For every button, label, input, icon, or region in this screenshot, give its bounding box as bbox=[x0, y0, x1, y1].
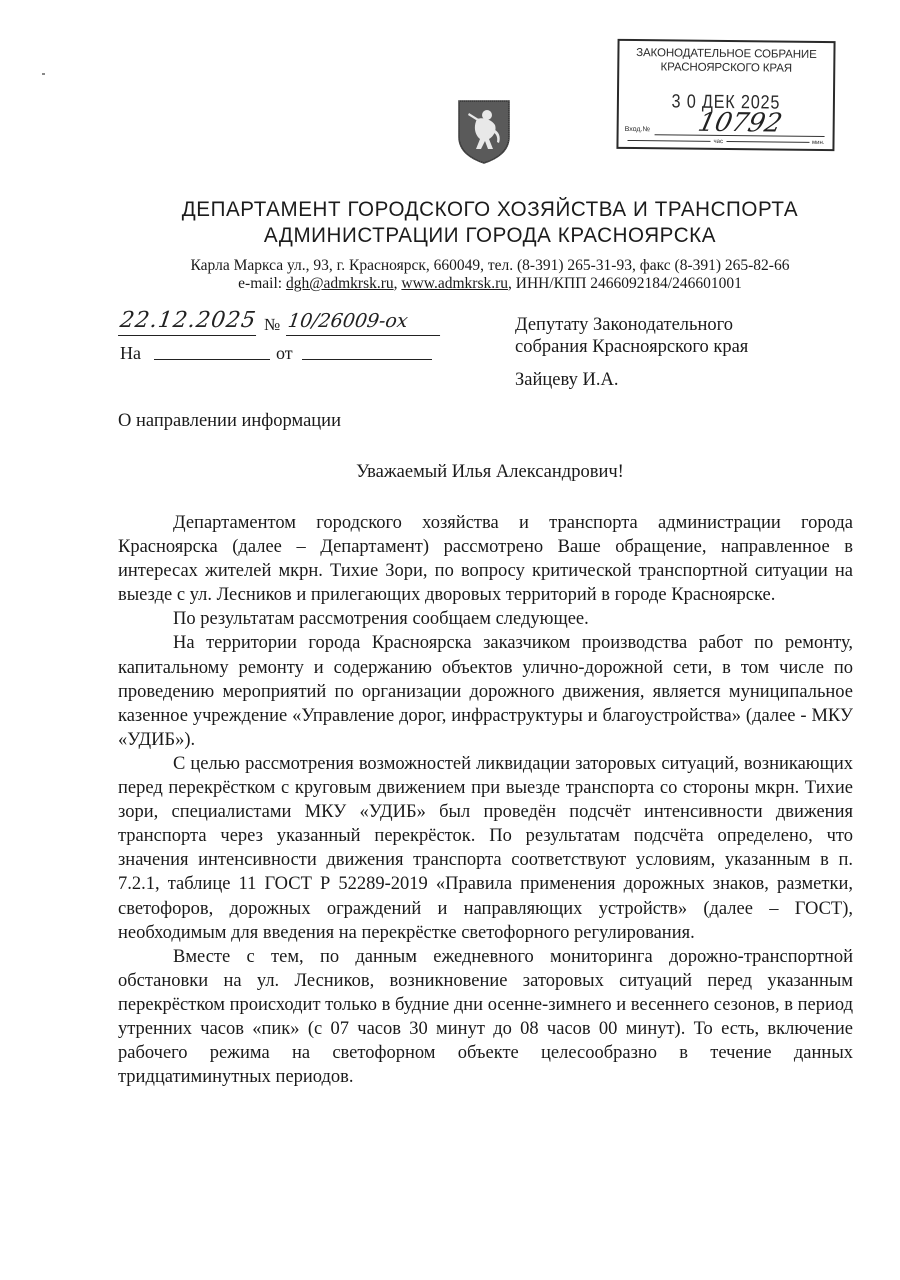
address-line: Карла Маркса ул., 93, г. Красноярск, 660… bbox=[0, 257, 900, 275]
stamp-org-line1: ЗАКОНОДАТЕЛЬНОЕ СОБРАНИЕ bbox=[619, 46, 833, 62]
stamp-incoming-number: 10792 bbox=[695, 108, 784, 139]
coat-of-arms-icon bbox=[455, 97, 513, 165]
body-paragraph: С целью рассмотрения возможностей ликвид… bbox=[118, 752, 853, 945]
reference-date-blank bbox=[302, 359, 432, 360]
addressee-name: Зайцеву И.А. bbox=[515, 370, 618, 391]
stamp-org-line2: КРАСНОЯРСКОГО КРАЯ bbox=[619, 60, 833, 76]
letter-subject: О направлении информации bbox=[118, 411, 341, 432]
addressee-position: Депутату Законодательного собрания Красн… bbox=[515, 314, 748, 358]
from-label: от bbox=[276, 343, 293, 364]
stamp-incoming-label: Вход.№ bbox=[625, 126, 650, 133]
stamp-minutes-label: мин. bbox=[812, 140, 825, 146]
inn-kpp: , ИНН/КПП 2466092184/246601001 bbox=[508, 275, 742, 292]
incoming-stamp: ЗАКОНОДАТЕЛЬНОЕ СОБРАНИЕ КРАСНОЯРСКОГО К… bbox=[616, 39, 835, 151]
body-paragraph: Вместе с тем, по данным ежедневного мони… bbox=[118, 945, 853, 1090]
on-label: На bbox=[120, 343, 141, 364]
department-contacts: Карла Маркса ул., 93, г. Красноярск, 660… bbox=[0, 257, 900, 293]
stamp-organization: ЗАКОНОДАТЕЛЬНОЕ СОБРАНИЕ КРАСНОЯРСКОГО К… bbox=[619, 46, 833, 76]
email-web-line: e-mail: dgh@admkrsk.ru, www.admkrsk.ru, … bbox=[0, 275, 900, 293]
scan-speck bbox=[42, 73, 45, 75]
stamp-line bbox=[628, 138, 711, 142]
outgoing-number: 10/26009-ох bbox=[286, 307, 444, 336]
salutation: Уважаемый Илья Александрович! bbox=[0, 462, 900, 483]
website-link[interactable]: www.admkrsk.ru bbox=[401, 275, 508, 292]
outgoing-date: 22.12.2025 bbox=[118, 307, 260, 336]
number-label: № bbox=[264, 315, 280, 335]
outgoing-registration: 22.12.2025 № 10/26009-ох bbox=[120, 307, 440, 337]
body-paragraph: На территории города Красноярска заказчи… bbox=[118, 631, 853, 751]
letter-body: Департаментом городского хозяйства и тра… bbox=[118, 511, 853, 1089]
email-link[interactable]: dgh@admkrsk.ru bbox=[286, 275, 394, 292]
reference-number-blank bbox=[154, 359, 270, 360]
addressee-line1: Депутату Законодательного bbox=[515, 314, 748, 336]
body-paragraph: По результатам рассмотрения сообщаем сле… bbox=[118, 607, 853, 631]
department-line2: АДМИНИСТРАЦИИ ГОРОДА КРАСНОЯРСКА bbox=[10, 223, 900, 249]
addressee-line2: собрания Красноярского края bbox=[515, 336, 748, 358]
stamp-hours-label: час bbox=[714, 139, 724, 145]
department-line1: ДЕПАРТАМЕНТ ГОРОДСКОГО ХОЗЯЙСТВА И ТРАНС… bbox=[10, 197, 900, 223]
stamp-time-row: час мин. bbox=[624, 138, 824, 146]
body-paragraph: Департаментом городского хозяйства и тра… bbox=[118, 511, 853, 607]
stamp-line bbox=[726, 139, 809, 143]
email-prefix: e-mail: bbox=[238, 275, 286, 292]
department-name: ДЕПАРТАМЕНТ ГОРОДСКОГО ХОЗЯЙСТВА И ТРАНС… bbox=[0, 197, 900, 249]
